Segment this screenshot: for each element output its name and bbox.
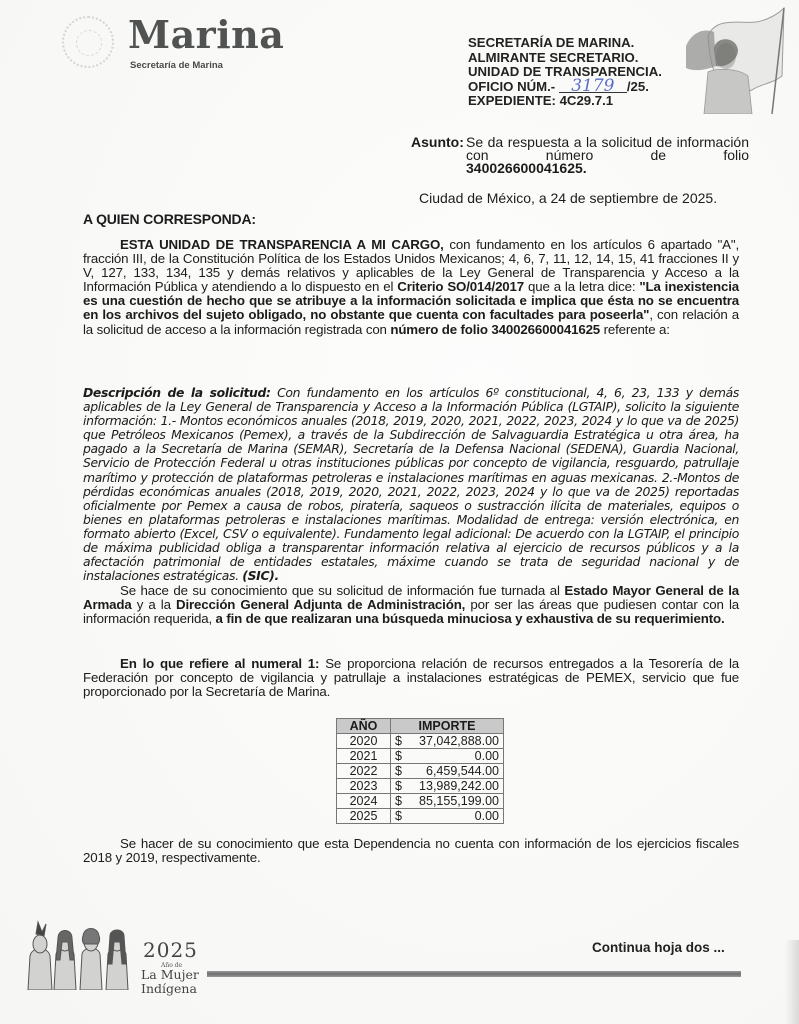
amount-cell: $13,989,242.00 [391,779,504,794]
table-row: 2022 $6,459,544.00 [337,764,504,779]
amount-cell: $0.00 [391,749,504,764]
year-cell: 2023 [337,779,391,794]
paragraph-turned-areas: Se hace de su conocimiento que su solici… [83,584,739,626]
paragraph-legal-basis: ESTA UNIDAD DE TRANSPARENCIA A MI CARGO,… [83,238,739,337]
oficio-line: OFICIO NÚM.- 3179/25. [468,80,662,95]
year-cell: 2022 [337,764,391,779]
year-cell: 2020 [337,734,391,749]
subject-folio: 340026600041625. [466,162,749,175]
amount-value: 6,459,544.00 [426,764,499,778]
bold-text: Criterio SO/014/2017 [397,279,524,294]
brand-title: Marina [128,14,284,56]
oficio-number: 3179 [559,80,627,93]
amount-value: 85,155,199.00 [419,794,499,808]
oficio-label: OFICIO NÚM.- [468,79,555,94]
amount-value: 37,042,888.00 [419,734,499,748]
column-header-amount: IMPORTE [391,719,504,734]
table-header-row: AÑO IMPORTE [337,719,504,734]
indigenous-women-illustration-icon [22,920,134,990]
document-page: Marina Secretaría de Marina SECRETARÍA D… [0,0,799,1024]
oficio-suffix: /25. [627,79,649,94]
scan-edge-shadow [785,940,799,1024]
body-text: Se hace de su conocimiento que su solici… [120,583,564,598]
footer-motto-line: Indígena [141,982,199,996]
brand-subtitle: Secretaría de Marina [130,60,223,71]
year-cell: 2024 [337,794,391,809]
amount-cell: $0.00 [391,809,504,824]
amount-cell: $6,459,544.00 [391,764,504,779]
body-text: que a la letra dice: [524,279,639,294]
paragraph-numeral-1: En lo que refiere al numeral 1: Se propo… [83,657,739,699]
letterhead-line: UNIDAD DE TRANSPARENCIA. [468,65,662,80]
amount-cell: $37,042,888.00 [391,734,504,749]
date-line: Ciudad de México, a 24 de septiembre de … [419,190,717,206]
bold-text: Dirección General Adjunta de Administrac… [176,597,465,612]
amount-value: 0.00 [475,749,499,763]
bold-text: ESTA UNIDAD DE TRANSPARENCIA A MI CARGO, [120,237,444,252]
year-cell: 2025 [337,809,391,824]
footer-year: 2025 [143,938,198,962]
currency-symbol: $ [395,764,402,778]
table-row: 2025 $0.00 [337,809,504,824]
letterhead-block: SECRETARÍA DE MARINA. ALMIRANTE SECRETAR… [468,36,662,109]
currency-symbol: $ [395,749,402,763]
bold-text: En lo que refiere al numeral 1: [120,656,319,671]
sic-mark: (SIC). [242,568,279,583]
subject-text: Se da respuesta a la solicitud de inform… [466,136,749,162]
salutation: A QUIEN CORRESPONDA: [83,211,256,227]
footer-motto-line: La Mujer [141,968,199,982]
subject-block: Asunto: Se da respuesta a la solicitud d… [411,136,749,175]
table-row: 2021 $0.00 [337,749,504,764]
description-text: Con fundamento en los artículos 6º const… [83,385,739,583]
flag-heroine-illustration-icon [686,6,792,114]
currency-symbol: $ [395,734,402,748]
currency-symbol: $ [395,809,402,823]
currency-symbol: $ [395,794,402,808]
year-cell: 2021 [337,749,391,764]
table-row: 2020 $37,042,888.00 [337,734,504,749]
currency-symbol: $ [395,779,402,793]
table-row: 2024 $85,155,199.00 [337,794,504,809]
continued-note: Continua hoja dos ... [592,940,725,955]
expediente: EXPEDIENTE: 4C29.7.1 [468,94,662,109]
letterhead-line: SECRETARÍA DE MARINA. [468,36,662,51]
body-text: referente a: [600,322,670,337]
subject-label: Asunto: [411,136,464,149]
table-row: 2023 $13,989,242.00 [337,779,504,794]
amount-cell: $85,155,199.00 [391,794,504,809]
request-description: Descripción de la solicitud: Con fundame… [83,386,739,583]
column-header-year: AÑO [337,719,391,734]
paragraph-no-information: Se hacer de su conocimiento que esta Dep… [83,837,739,865]
folio-reference: número de folio 340026600041625 [390,322,600,337]
body-text: y a la [132,597,176,612]
letterhead-line: ALMIRANTE SECRETARIO. [468,51,662,66]
amount-value: 0.00 [475,809,499,823]
amounts-table: AÑO IMPORTE 2020 $37,042,888.00 2021 $0.… [336,718,504,824]
amount-value: 13,989,242.00 [419,779,499,793]
national-seal-icon [62,16,114,68]
footer-motto: La Mujer Indígena [141,968,199,996]
bold-text: a fin de que realizaran una búsqueda min… [216,611,725,626]
description-label: Descripción de la solicitud: [83,385,271,400]
footer-divider [207,971,741,977]
